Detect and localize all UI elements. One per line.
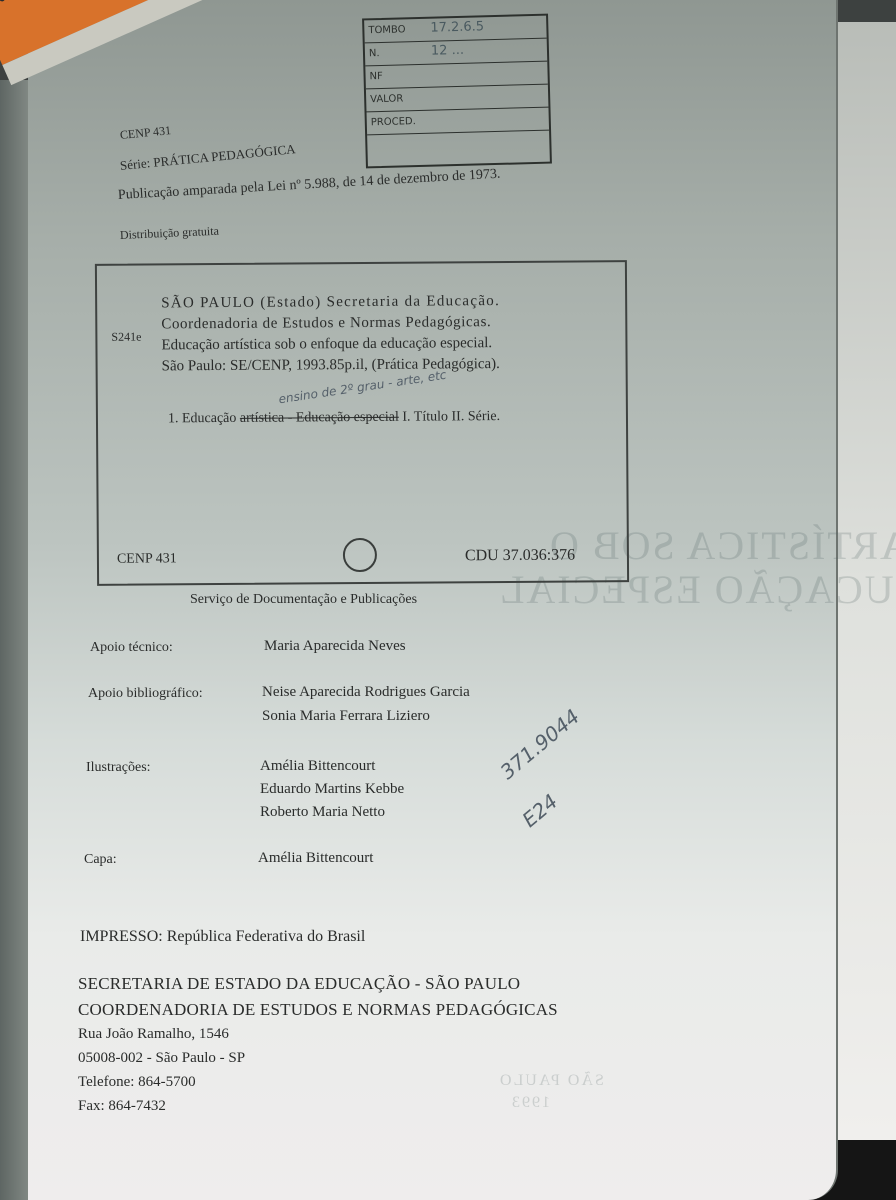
header-code: CENP 431 <box>119 123 171 143</box>
library-stamp: TOMBO17.2.6.5 N.12 ... NF VALOR PROCED. <box>362 14 552 169</box>
stamp-row <box>367 131 550 158</box>
credit-name: Amélia Bittencourt <box>260 758 375 775</box>
credit-name: Sonia Maria Ferrara Liziero <box>262 708 430 725</box>
credit-label: Apoio bibliográfico: <box>88 686 203 702</box>
bleed-through-year: 1993 <box>510 1094 550 1112</box>
credit-label: Apoio técnico: <box>90 640 173 656</box>
catalog-line: Educação artística sob o enfoque da educ… <box>161 332 591 356</box>
handwritten-cutter-code: E24 <box>518 789 563 832</box>
distribution-note: Distribuição gratuita <box>120 224 220 243</box>
struck-subjects: artística - Educação especial <box>240 410 399 426</box>
colophon-page: EDUCAÇÃO ARTÍSTICA SOB O ENFOQUE DA EDUC… <box>28 0 838 1200</box>
printed-in: IMPRESSO: República Federativa do Brasil <box>80 928 365 946</box>
catalog-card: S241e SÃO PAULO (Estado) Secretaria da E… <box>95 260 629 586</box>
call-number: S241e <box>111 330 141 345</box>
publisher-phone: Telefone: 864-5700 <box>78 1074 196 1091</box>
publisher-fax: Fax: 864-7432 <box>78 1098 166 1115</box>
publisher-city: 05008-002 - São Paulo - SP <box>78 1050 245 1067</box>
credit-label: Capa: <box>84 852 117 868</box>
catalog-line: São Paulo: SE/CENP, 1993.85p.il, (Prátic… <box>162 353 592 377</box>
publisher-address: Rua João Ramalho, 1546 <box>78 1026 229 1043</box>
credit-name: Maria Aparecida Neves <box>264 638 406 655</box>
handwritten-class-number: 371.9044 <box>496 704 585 784</box>
credit-name: Amélia Bittencourt <box>258 850 373 867</box>
publisher-line-2: COORDENADORIA DE ESTUDOS E NORMAS PEDAGÓ… <box>78 1000 558 1020</box>
catalog-entry: SÃO PAULO (Estado) Secretaria da Educaçã… <box>161 290 592 377</box>
credit-name: Neise Aparecida Rodrigues Garcia <box>262 684 470 701</box>
credit-label: Ilustrações: <box>86 760 151 776</box>
credit-name: Eduardo Martins Kebbe <box>260 781 404 798</box>
header-series: Série: PRÁTICA PEDAGÓGICA <box>119 141 296 174</box>
catalog-line: Coordenadoria de Estudos e Normas Pedagó… <box>161 311 591 335</box>
bleed-through-city: SÃO PAULO <box>498 1072 604 1090</box>
cdu-classification: CDU 37.036:376 <box>465 547 575 566</box>
catalog-line: SÃO PAULO (Estado) Secretaria da Educaçã… <box>161 290 591 314</box>
catalog-subjects: 1. Educação artística - Educação especia… <box>168 409 500 427</box>
card-punch-hole <box>343 538 377 572</box>
publisher-line-1: SECRETARIA DE ESTADO DA EDUCAÇÃO - SÃO P… <box>78 974 520 994</box>
publication-law: Publicação amparada pela Lei nº 5.988, d… <box>118 167 501 204</box>
service-line: Serviço de Documentação e Publicações <box>190 592 417 608</box>
card-code: CENP 431 <box>117 551 177 567</box>
credit-name: Roberto Maria Netto <box>260 804 385 821</box>
